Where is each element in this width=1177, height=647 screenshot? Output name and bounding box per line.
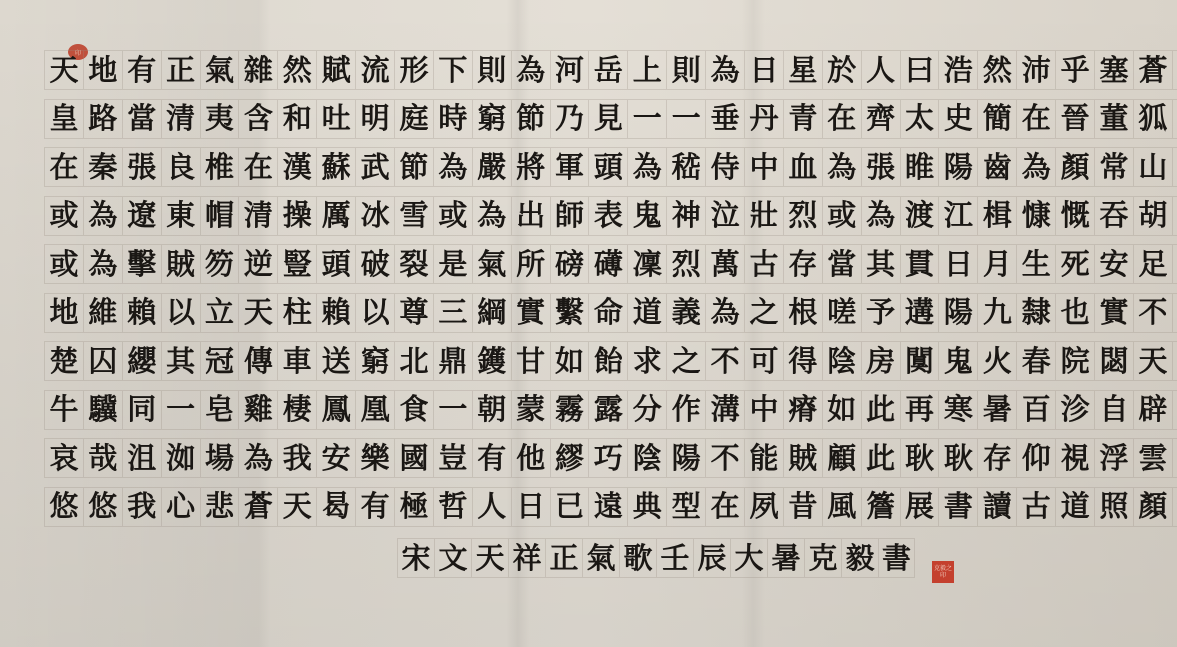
character-cell: 囚 (83, 341, 122, 381)
character-cell: 耿 (938, 438, 977, 478)
character-cell: 泣 (705, 196, 744, 236)
character-cell: 見 (588, 99, 627, 139)
character-cell: 舌 (1172, 147, 1177, 187)
character-cell: 為 (472, 196, 511, 236)
character-cell: 豎 (277, 244, 316, 284)
character-cell: 哲 (433, 487, 472, 527)
character-cell: 蒼 (1133, 50, 1172, 90)
character-cell: 哀 (44, 438, 83, 478)
character-cell: 天 (277, 487, 316, 527)
character-cell: 烈 (783, 196, 822, 236)
character-cell: 磅 (550, 244, 589, 284)
character-cell: 神 (666, 196, 705, 236)
character-cell: 如 (550, 341, 589, 381)
character-cell: 我 (122, 487, 161, 527)
character-cell: 分 (627, 390, 666, 430)
character-cell: 有 (355, 487, 394, 527)
poem-line: 或為擊賊笏逆豎頭破裂是氣所磅礡凜烈萬古存當其貫日月生死安足論 (44, 244, 1177, 284)
character-cell: 極 (394, 487, 433, 527)
character-cell: 遠 (588, 487, 627, 527)
character-cell: 為 (822, 147, 861, 187)
character-cell: 流 (355, 50, 394, 90)
character-cell: 書 (938, 487, 977, 527)
signature-character: 宋 (397, 538, 434, 578)
character-cell: 瘠 (783, 390, 822, 430)
character-cell: 曷 (316, 487, 355, 527)
character-cell: 董 (1094, 99, 1133, 139)
calligraphy-paper: 印 天地有正氣雜然賦流形下則為河岳上則為日星於人曰浩然沛乎塞蒼冥 皇路當清夷含和… (0, 0, 1177, 647)
character-cell: 豈 (433, 438, 472, 478)
poem-line: 哀哉沮洳場為我安樂國豈有他繆巧陰陽不能賊顧此耿耿存仰視浮雲白 (44, 438, 1177, 478)
character-cell: 安 (1094, 244, 1133, 284)
character-cell: 乃 (550, 99, 589, 139)
character-cell: 再 (900, 390, 939, 430)
poem-line: 楚囚纓其冠傳車送窮北鼎鑊甘如飴求之不可得陰房闃鬼火春院閟天黑 (44, 341, 1177, 381)
character-cell: 筆 (1172, 99, 1177, 139)
character-cell: 安 (316, 438, 355, 478)
character-cell: 時 (433, 99, 472, 139)
character-cell: 漢 (277, 147, 316, 187)
character-cell: 三 (433, 293, 472, 333)
character-cell: 中 (744, 147, 783, 187)
poem-line: 地維賴以立天柱賴以尊三綱實繫命道義為之根嗟予遘陽九隸也實不力 (44, 293, 1177, 333)
character-cell: 壯 (744, 196, 783, 236)
character-cell: 為 (861, 196, 900, 236)
character-cell: 一 (433, 390, 472, 430)
character-cell: 簡 (977, 99, 1016, 139)
character-cell: 太 (900, 99, 939, 139)
character-cell: 良 (161, 147, 200, 187)
character-cell: 送 (316, 341, 355, 381)
character-cell: 沴 (1055, 390, 1094, 430)
character-cell: 不 (705, 341, 744, 381)
character-cell: 繫 (550, 293, 589, 333)
character-cell: 閟 (1094, 341, 1133, 381)
character-cell: 出 (511, 196, 550, 236)
character-cell: 一 (627, 99, 666, 139)
name-seal: 克毅之印 (932, 561, 954, 583)
character-cell: 色 (1172, 487, 1177, 527)
character-cell: 得 (783, 341, 822, 381)
character-cell: 實 (1094, 293, 1133, 333)
character-cell: 其 (161, 341, 200, 381)
character-cell: 吞 (1094, 196, 1133, 236)
character-cell: 蒙 (511, 390, 550, 430)
character-cell: 繆 (550, 438, 589, 478)
signature-character: 歌 (619, 538, 656, 578)
character-cell: 齊 (861, 99, 900, 139)
poem-line: 天地有正氣雜然賦流形下則為河岳上則為日星於人曰浩然沛乎塞蒼冥 (44, 50, 1177, 90)
character-cell: 火 (977, 341, 1016, 381)
character-cell: 地 (44, 293, 83, 333)
character-cell: 簷 (861, 487, 900, 527)
character-cell: 力 (1172, 293, 1177, 333)
character-cell: 窮 (355, 341, 394, 381)
character-cell: 照 (1094, 487, 1133, 527)
character-cell: 擊 (122, 244, 161, 284)
poem-line: 皇路當清夷含和吐明庭時窮節乃見一一垂丹青在齊太史簡在晉董狐筆 (44, 99, 1177, 139)
character-cell: 血 (783, 147, 822, 187)
character-cell: 星 (783, 50, 822, 90)
character-cell: 北 (394, 341, 433, 381)
character-cell: 心 (161, 487, 200, 527)
character-cell: 軍 (550, 147, 589, 187)
character-cell: 侍 (705, 147, 744, 187)
character-cell: 夷 (200, 99, 239, 139)
character-cell: 冰 (355, 196, 394, 236)
character-cell: 作 (666, 390, 705, 430)
character-cell: 睢 (900, 147, 939, 187)
character-cell: 烈 (666, 244, 705, 284)
character-cell: 嗟 (822, 293, 861, 333)
character-cell: 生 (1016, 244, 1055, 284)
character-cell: 氣 (472, 244, 511, 284)
character-cell: 存 (977, 438, 1016, 478)
character-cell: 為 (433, 147, 472, 187)
character-cell: 蘇 (316, 147, 355, 187)
character-cell: 武 (355, 147, 394, 187)
character-cell: 牛 (44, 390, 83, 430)
character-cell: 之 (666, 341, 705, 381)
character-cell: 賦 (316, 50, 355, 90)
character-cell: 一 (666, 99, 705, 139)
character-cell: 暑 (977, 390, 1016, 430)
character-cell: 狐 (1133, 99, 1172, 139)
character-cell: 悠 (83, 487, 122, 527)
character-cell: 顏 (1055, 147, 1094, 187)
character-cell: 胡 (1133, 196, 1172, 236)
character-cell: 或 (433, 196, 472, 236)
character-cell: 甘 (511, 341, 550, 381)
character-cell: 人 (861, 50, 900, 90)
character-cell: 夙 (744, 487, 783, 527)
character-cell: 江 (938, 196, 977, 236)
character-cell: 道 (1055, 487, 1094, 527)
character-cell: 為 (705, 50, 744, 90)
character-cell: 秦 (83, 147, 122, 187)
character-cell: 將 (511, 147, 550, 187)
character-cell: 為 (705, 293, 744, 333)
poem-grid: 天地有正氣雜然賦流形下則為河岳上則為日星於人曰浩然沛乎塞蒼冥 皇路當清夷含和吐明… (44, 50, 1177, 535)
character-cell: 陽 (938, 293, 977, 333)
signature-character: 大 (730, 538, 767, 578)
character-cell: 百 (1016, 390, 1055, 430)
character-cell: 節 (394, 147, 433, 187)
character-cell: 慷 (1016, 196, 1055, 236)
character-cell: 天 (44, 50, 83, 90)
character-cell: 為 (627, 147, 666, 187)
character-cell: 易 (1172, 390, 1177, 430)
character-cell: 車 (277, 341, 316, 381)
character-cell: 逆 (238, 244, 277, 284)
character-cell: 悲 (200, 487, 239, 527)
character-cell: 死 (1055, 244, 1094, 284)
character-cell: 含 (238, 99, 277, 139)
character-cell: 尊 (394, 293, 433, 333)
character-cell: 維 (83, 293, 122, 333)
character-cell: 白 (1172, 438, 1177, 478)
character-cell: 鳳 (316, 390, 355, 430)
character-cell: 東 (161, 196, 200, 236)
character-cell: 或 (44, 196, 83, 236)
character-cell: 陽 (666, 438, 705, 478)
character-cell: 楫 (977, 196, 1016, 236)
poem-line: 或為遼東帽清操厲冰雪或為出師表鬼神泣壯烈或為渡江楫慷慨吞胡羯 (44, 196, 1177, 236)
character-cell: 食 (394, 390, 433, 430)
character-cell: 當 (822, 244, 861, 284)
character-cell: 破 (355, 244, 394, 284)
signature-character: 毅 (841, 538, 878, 578)
signature-character: 祥 (508, 538, 545, 578)
signature-character: 辰 (693, 538, 730, 578)
character-cell: 國 (394, 438, 433, 478)
character-cell: 則 (472, 50, 511, 90)
character-cell: 視 (1055, 438, 1094, 478)
character-cell: 遘 (900, 293, 939, 333)
character-cell: 上 (627, 50, 666, 90)
character-cell: 綱 (472, 293, 511, 333)
character-cell: 為 (83, 244, 122, 284)
character-cell: 清 (161, 99, 200, 139)
character-cell: 典 (627, 487, 666, 527)
character-cell: 展 (900, 487, 939, 527)
character-cell: 然 (277, 50, 316, 90)
character-cell: 則 (666, 50, 705, 90)
character-cell: 在 (238, 147, 277, 187)
character-cell: 樂 (355, 438, 394, 478)
signature-character: 天 (471, 538, 508, 578)
character-cell: 嵇 (666, 147, 705, 187)
character-cell: 有 (472, 438, 511, 478)
character-cell: 齒 (977, 147, 1016, 187)
character-cell: 沮 (122, 438, 161, 478)
signature-line: 宋文天祥正氣歌壬辰大暑克毅書 (397, 538, 915, 578)
character-cell: 塞 (1094, 50, 1133, 90)
character-cell: 於 (822, 50, 861, 90)
character-cell: 柱 (277, 293, 316, 333)
character-cell: 張 (861, 147, 900, 187)
character-cell: 河 (550, 50, 589, 90)
character-cell: 節 (511, 99, 550, 139)
signature-character: 氣 (582, 538, 619, 578)
character-cell: 悠 (44, 487, 83, 527)
character-cell: 冠 (200, 341, 239, 381)
character-cell: 隸 (1016, 293, 1055, 333)
character-cell: 風 (822, 487, 861, 527)
character-cell: 洳 (161, 438, 200, 478)
character-cell: 立 (200, 293, 239, 333)
character-cell: 在 (44, 147, 83, 187)
character-cell: 鑊 (472, 341, 511, 381)
character-cell: 當 (122, 99, 161, 139)
character-cell: 日 (938, 244, 977, 284)
character-cell: 日 (511, 487, 550, 527)
character-cell: 浮 (1094, 438, 1133, 478)
character-cell: 月 (977, 244, 1016, 284)
character-cell: 如 (822, 390, 861, 430)
character-cell: 闃 (900, 341, 939, 381)
character-cell: 同 (122, 390, 161, 430)
character-cell: 古 (744, 244, 783, 284)
character-cell: 賊 (161, 244, 200, 284)
character-cell: 是 (433, 244, 472, 284)
character-cell: 師 (550, 196, 589, 236)
character-cell: 驥 (83, 390, 122, 430)
character-cell: 沛 (1016, 50, 1055, 90)
character-cell: 溝 (705, 390, 744, 430)
character-cell: 表 (588, 196, 627, 236)
character-cell: 為 (511, 50, 550, 90)
character-cell: 厲 (316, 196, 355, 236)
character-cell: 棲 (277, 390, 316, 430)
character-cell: 清 (238, 196, 277, 236)
character-cell: 黑 (1172, 341, 1177, 381)
character-cell: 一 (161, 390, 200, 430)
character-cell: 笏 (200, 244, 239, 284)
character-cell: 足 (1133, 244, 1172, 284)
character-cell: 昔 (783, 487, 822, 527)
character-cell: 傳 (238, 341, 277, 381)
character-cell: 論 (1172, 244, 1177, 284)
character-cell: 賴 (316, 293, 355, 333)
character-cell: 操 (277, 196, 316, 236)
signature-character: 壬 (656, 538, 693, 578)
character-cell: 纓 (122, 341, 161, 381)
signature-character: 正 (545, 538, 582, 578)
character-cell: 鼎 (433, 341, 472, 381)
character-cell: 型 (666, 487, 705, 527)
character-cell: 古 (1016, 487, 1055, 527)
character-cell: 不 (705, 438, 744, 478)
character-cell: 我 (277, 438, 316, 478)
signature-character: 克 (804, 538, 841, 578)
character-cell: 天 (1133, 341, 1172, 381)
character-cell: 或 (822, 196, 861, 236)
character-cell: 慨 (1055, 196, 1094, 236)
character-cell: 鬼 (627, 196, 666, 236)
character-cell: 楚 (44, 341, 83, 381)
character-cell: 垂 (705, 99, 744, 139)
character-cell: 賊 (783, 438, 822, 478)
character-cell: 山 (1133, 147, 1172, 187)
character-cell: 頭 (316, 244, 355, 284)
signature-character: 書 (878, 538, 915, 578)
character-cell: 予 (861, 293, 900, 333)
character-cell: 寒 (938, 390, 977, 430)
character-cell: 辟 (1133, 390, 1172, 430)
character-cell: 陰 (627, 438, 666, 478)
character-cell: 雜 (238, 50, 277, 90)
character-cell: 也 (1055, 293, 1094, 333)
character-cell: 史 (938, 99, 977, 139)
character-cell: 日 (744, 50, 783, 90)
character-cell: 帽 (200, 196, 239, 236)
character-cell: 求 (627, 341, 666, 381)
character-cell: 此 (861, 390, 900, 430)
character-cell: 貫 (900, 244, 939, 284)
character-cell: 萬 (705, 244, 744, 284)
character-cell: 明 (355, 99, 394, 139)
character-cell: 自 (1094, 390, 1133, 430)
poem-line: 在秦張良椎在漢蘇武節為嚴將軍頭為嵇侍中血為張睢陽齒為顏常山舌 (44, 147, 1177, 187)
character-cell: 曰 (900, 50, 939, 90)
character-cell: 窮 (472, 99, 511, 139)
character-cell: 不 (1133, 293, 1172, 333)
character-cell: 可 (744, 341, 783, 381)
character-cell: 雞 (238, 390, 277, 430)
character-cell: 凜 (627, 244, 666, 284)
character-cell: 露 (588, 390, 627, 430)
character-cell: 場 (200, 438, 239, 478)
character-cell: 在 (1016, 99, 1055, 139)
character-cell: 張 (122, 147, 161, 187)
character-cell: 賴 (122, 293, 161, 333)
character-cell: 雪 (394, 196, 433, 236)
character-cell: 蒼 (238, 487, 277, 527)
character-cell: 巧 (588, 438, 627, 478)
character-cell: 顧 (822, 438, 861, 478)
character-cell: 春 (1016, 341, 1055, 381)
character-cell: 下 (433, 50, 472, 90)
character-cell: 為 (1016, 147, 1055, 187)
character-cell: 鬼 (938, 341, 977, 381)
character-cell: 皇 (44, 99, 83, 139)
character-cell: 所 (511, 244, 550, 284)
character-cell: 陽 (938, 147, 977, 187)
character-cell: 正 (161, 50, 200, 90)
character-cell: 雲 (1133, 438, 1172, 478)
character-cell: 常 (1094, 147, 1133, 187)
character-cell: 耿 (900, 438, 939, 478)
character-cell: 庭 (394, 99, 433, 139)
character-cell: 根 (783, 293, 822, 333)
character-cell: 院 (1055, 341, 1094, 381)
character-cell: 吐 (316, 99, 355, 139)
character-cell: 九 (977, 293, 1016, 333)
character-cell: 為 (83, 196, 122, 236)
character-cell: 能 (744, 438, 783, 478)
character-cell: 遼 (122, 196, 161, 236)
character-cell: 形 (394, 50, 433, 90)
character-cell: 礡 (588, 244, 627, 284)
signature-character: 暑 (767, 538, 804, 578)
character-cell: 天 (238, 293, 277, 333)
character-cell: 裂 (394, 244, 433, 284)
character-cell: 岳 (588, 50, 627, 90)
character-cell: 路 (83, 99, 122, 139)
character-cell: 讀 (977, 487, 1016, 527)
character-cell: 飴 (588, 341, 627, 381)
character-cell: 在 (705, 487, 744, 527)
character-cell: 陰 (822, 341, 861, 381)
character-cell: 浩 (938, 50, 977, 90)
character-cell: 和 (277, 99, 316, 139)
character-cell: 以 (355, 293, 394, 333)
character-cell: 頭 (588, 147, 627, 187)
character-cell: 中 (744, 390, 783, 430)
character-cell: 地 (83, 50, 122, 90)
character-cell: 皂 (200, 390, 239, 430)
character-cell: 青 (783, 99, 822, 139)
character-cell: 此 (861, 438, 900, 478)
signature-character: 文 (434, 538, 471, 578)
character-cell: 其 (861, 244, 900, 284)
character-cell: 命 (588, 293, 627, 333)
character-cell: 在 (822, 99, 861, 139)
character-cell: 渡 (900, 196, 939, 236)
character-cell: 仰 (1016, 438, 1055, 478)
character-cell: 氣 (200, 50, 239, 90)
